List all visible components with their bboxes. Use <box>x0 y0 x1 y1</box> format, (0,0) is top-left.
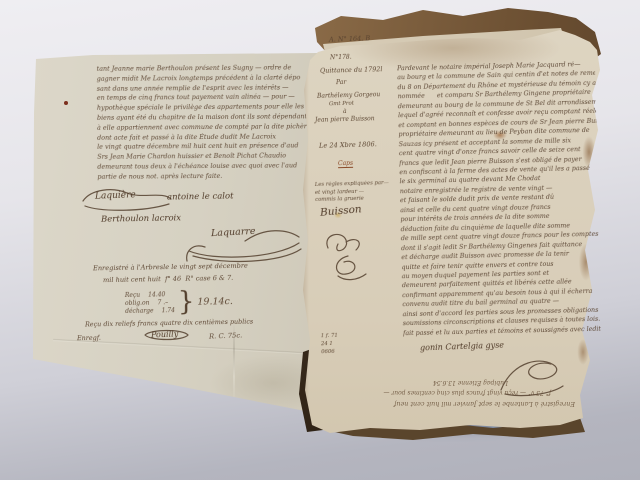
handwriting-line: 1 f. 71 <box>321 332 338 340</box>
handwriting-line: partie de nous not. après lecture faite. <box>97 171 315 182</box>
act-date: Le 24 Xbre 1806. <box>319 140 377 150</box>
handwriting-line: 0606 <box>321 348 338 356</box>
signature-laquiere: Laquière <box>95 190 136 201</box>
inverted-note-bottom: Enregistré à Lantenbe le sept Janvier mi… <box>335 400 575 408</box>
left-page-body-text: tant Jeanne marie Berthoulon présent les… <box>97 63 316 182</box>
fee-label: Reçu <box>125 291 140 298</box>
act-number: N°178. <box>330 54 352 62</box>
signature-antoine-le-calot: antoine le calot <box>167 191 234 202</box>
margin-account-numbers: 1 f. 7124 10606 <box>321 332 339 356</box>
ink-blot <box>64 101 68 105</box>
fee-amount: 7 .– <box>157 299 168 306</box>
fee-row: oblig.on 7 .– <box>125 299 175 307</box>
act-body-text: Pardevant le notaire impérial Joseph Mar… <box>397 60 601 339</box>
fee-label: décharge <box>125 307 154 314</box>
inverted-note-mid: f° 73 v° — reçu vingt francs plus cinq c… <box>341 389 551 396</box>
act-a: à <box>343 108 347 115</box>
registration-suffix: R. C. 75c. <box>209 331 243 340</box>
fee-amount: 1.74 <box>162 307 175 314</box>
fee-amount: 14.40 <box>148 291 165 298</box>
folio-number-peek: A. N° 164. B <box>329 34 370 43</box>
fee-label: oblig.on <box>125 299 150 306</box>
handwriting-line: à elle appartiennent avec commune de com… <box>97 122 315 133</box>
registration-line-4: Enregf. <box>77 334 101 342</box>
inverted-note-top: Lubipag Étienne 13.6.54 <box>388 379 508 386</box>
fee-row: Reçu 14.40 <box>125 291 175 299</box>
fee-list: Reçu 14.40 oblig.on 7 .– décharge 1.74 <box>125 291 175 315</box>
fee-brace: } <box>178 287 195 317</box>
notarial-register-bundle: A. N° 164. B N°178. Quittance du 1792l P… <box>293 2 638 450</box>
act-par: Par <box>336 79 346 86</box>
signature-berthoulon-lacroix: Berthoulon lacroix <box>101 213 181 224</box>
registration-line-1: Enregistré à l'Arbresle le vingt sept dé… <box>93 262 248 273</box>
fee-row: décharge 1.74 <box>125 307 175 315</box>
registration-line-2: mil huit cent huit f° 46 R° case 6 & 7. <box>103 274 233 284</box>
registration-fees: Reçu 14.40 oblig.on 7 .– décharge 1.74 }… <box>125 286 233 318</box>
act-title: Quittance du 1792l <box>320 65 383 75</box>
left-manuscript-page: tant Jeanne marie Berthoulon présent les… <box>33 53 318 415</box>
margin-red-note: Caps <box>338 160 353 168</box>
signature-laquarre: Laquarre <box>211 226 256 239</box>
party-one-title: Gmt Prot <box>329 101 354 108</box>
handwriting-line: demeurant tous deux à l'échéance louise … <box>97 161 315 172</box>
photo-of-manuscript: tant Jeanne marie Berthoulon présent les… <box>0 0 640 480</box>
margin-small-notes: Les règles expliquées par—et vingt larde… <box>315 180 390 205</box>
registrar-flourish <box>141 327 191 343</box>
fee-total: 19.14c. <box>197 296 233 308</box>
margin-paraph-2 <box>326 250 370 282</box>
